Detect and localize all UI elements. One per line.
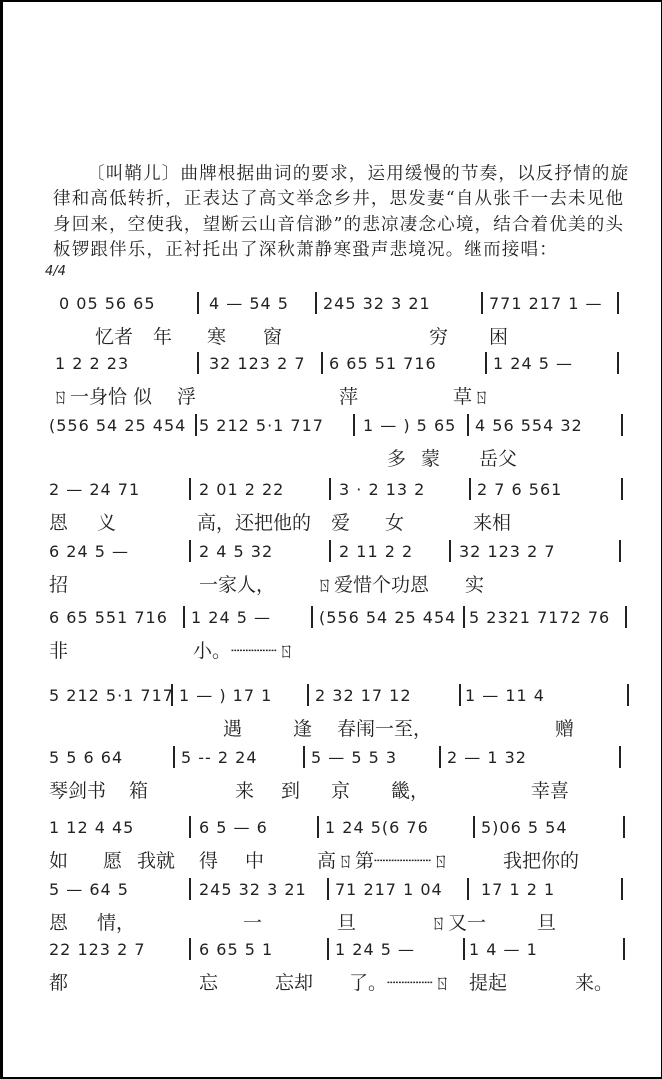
measure-notes: 4 56 554 32	[475, 416, 583, 435]
lyric-text: 来相	[473, 508, 511, 535]
lyric-text: 琴剑书	[49, 776, 106, 803]
bar-line	[197, 352, 199, 374]
measure-notes: 32 123 2 7	[209, 354, 306, 373]
measure-notes: 6 65 551 716	[49, 608, 168, 627]
measure-notes: 2 — 1 32	[447, 748, 527, 767]
measure-notes: 5 — 64 5	[49, 880, 129, 899]
bar-line	[189, 478, 191, 500]
measure-notes: 1 2 2 23	[55, 354, 129, 373]
lyric-text: 高，还把他的	[197, 508, 311, 535]
lyric-text: 我把你的	[503, 846, 579, 873]
lyric-text: 寒	[207, 322, 226, 349]
lyric-text: 似	[133, 382, 152, 409]
lyric-text: 赠	[555, 714, 574, 741]
bar-line	[327, 938, 329, 960]
bar-line	[621, 478, 623, 500]
bar-line	[439, 746, 441, 768]
bar-line	[473, 816, 475, 838]
bar-line	[317, 816, 319, 838]
bar-line	[625, 606, 627, 628]
lyric-text: 箱	[129, 776, 148, 803]
measure-notes: 5)06 5 54	[481, 818, 568, 837]
measure-notes: 5 5 6 64	[49, 748, 123, 767]
bar-line	[327, 878, 329, 900]
measure-notes: 1 24 5 —	[493, 354, 573, 373]
bar-line	[353, 414, 355, 436]
measure-notes: 5 -- 2 24	[181, 748, 258, 767]
lyric-text: 窗	[263, 322, 282, 349]
lyric-text: 如	[49, 846, 68, 873]
bar-line	[619, 540, 621, 562]
measure-notes: 6 24 5 —	[49, 542, 129, 561]
measure-notes: 22 123 2 7	[49, 940, 146, 959]
measure-notes: (556 54 25 454	[49, 416, 186, 435]
bar-line	[627, 684, 629, 706]
bar-line	[311, 606, 313, 628]
bar-line	[173, 746, 175, 768]
lyric-text: 一家人，	[199, 570, 275, 597]
bar-line	[449, 540, 451, 562]
lyric-text: 畿，	[391, 776, 429, 803]
lyric-text: 一	[243, 908, 262, 935]
measure-notes: 5 — 5 5 3	[311, 748, 397, 767]
measure-notes: 1 12 4 45	[49, 818, 134, 837]
bar-line	[459, 684, 461, 706]
lyric-text: 提起	[469, 968, 507, 995]
lyric-text: 到	[281, 776, 300, 803]
lyric-text: 忆者	[95, 322, 133, 349]
measure-notes: 17 1 2 1	[481, 880, 555, 899]
lyric-text: 忘却	[275, 968, 313, 995]
bar-line	[321, 352, 323, 374]
bar-line	[463, 938, 465, 960]
measure-notes: 2 11 2 2	[339, 542, 413, 561]
measure-notes: 1 4 — 1	[469, 940, 538, 959]
bar-line	[189, 878, 191, 900]
lyric-text: 多	[387, 444, 406, 471]
lyric-text: 遇	[223, 714, 242, 741]
measure-notes: 6 65 51 716	[329, 354, 437, 373]
lyric-text: 义	[97, 508, 116, 535]
lyric-text: 得	[199, 846, 218, 873]
lyric-text: 中	[245, 846, 264, 873]
measure-notes: 5 212 5·1 717	[49, 686, 174, 705]
lyric-text: 浮	[177, 382, 196, 409]
measure-notes: 0 05 56 65	[59, 294, 156, 313]
measure-notes: 6 5 — 6	[199, 818, 268, 837]
lyric-text: 女	[385, 508, 404, 535]
measure-notes: 6 65 5 1	[199, 940, 273, 959]
lyric-text: 爱	[331, 508, 350, 535]
measure-notes: 1 24 5 —	[335, 940, 415, 959]
bar-line	[621, 414, 623, 436]
bar-line	[329, 478, 331, 500]
bar-line	[463, 606, 465, 628]
lyric-text: 草ㄖ	[453, 382, 491, 409]
measure-notes: 2 01 2 22	[199, 480, 284, 499]
lyric-text: ㄖ又一	[429, 908, 486, 935]
bar-line	[467, 414, 469, 436]
bar-line	[467, 878, 469, 900]
measure-notes: 5 2321 7172 76	[469, 608, 610, 627]
measure-notes: 1 — 11 4	[465, 686, 545, 705]
measure-notes: 1 — ) 17 1	[179, 686, 272, 705]
lyric-text: 旦	[337, 908, 356, 935]
time-signature: 4/4	[45, 264, 66, 279]
bar-line	[481, 292, 483, 314]
bar-line	[485, 352, 487, 374]
bar-line	[623, 938, 625, 960]
lyric-text: 忘	[199, 968, 218, 995]
lyric-text: 萍	[339, 382, 358, 409]
lyric-text: 招	[49, 570, 68, 597]
measure-notes: (556 54 25 454	[319, 608, 456, 627]
lyric-text: 幸喜	[531, 776, 569, 803]
lyric-text: 了。┈┈┈┈ㄖ	[349, 968, 452, 995]
bar-line	[617, 352, 619, 374]
bar-line	[171, 684, 173, 706]
measure-notes: 1 24 5(6 76	[325, 818, 429, 837]
measure-notes: 1 — ) 5 65	[363, 416, 456, 435]
bar-line	[303, 746, 305, 768]
bar-line	[197, 292, 199, 314]
lyric-text: ㄖ一身恰	[51, 382, 127, 409]
bar-line	[195, 414, 197, 436]
measure-notes: 2 7 6 561	[477, 480, 562, 499]
measure-notes: 245 32 3 21	[199, 880, 307, 899]
bar-line	[315, 292, 317, 314]
measure-notes: 5 212 5·1 717	[199, 416, 324, 435]
lyric-text: 旦	[537, 908, 556, 935]
lyric-text: 都	[49, 968, 68, 995]
lyric-text: 非	[49, 636, 68, 663]
lyric-text: 情，	[97, 908, 135, 935]
bar-line	[183, 606, 185, 628]
lyric-text: 我就	[137, 846, 175, 873]
bar-line	[619, 746, 621, 768]
lyric-text: 年	[153, 322, 172, 349]
lyric-text: 蒙	[421, 444, 440, 471]
bar-line	[623, 816, 625, 838]
measure-notes: 771 217 1 —	[489, 294, 603, 313]
scanned-score-page: 〔叫鞘儿〕曲牌根据曲词的要求，运用缓慢的节奏，以反抒情的旋律和高低转折，正表达了…	[0, 0, 662, 1079]
measure-notes: 245 32 3 21	[323, 294, 431, 313]
measure-notes: 2 — 24 71	[49, 480, 140, 499]
lyric-text: ㄖ爱惜个功恩	[315, 570, 429, 597]
lyric-text: 高ㄖ第┈┈┈┈┈ㄖ	[317, 846, 450, 873]
lyric-text: 实	[465, 570, 484, 597]
bar-line	[621, 878, 623, 900]
lyric-text: 春闱一至，	[337, 714, 432, 741]
lyric-text: 困	[489, 322, 508, 349]
lyric-text: 京	[331, 776, 350, 803]
measure-notes: 3 · 2 13 2	[339, 480, 425, 499]
measure-notes: 71 217 1 04	[335, 880, 443, 899]
bar-line	[329, 540, 331, 562]
lyric-text: 穷	[429, 322, 448, 349]
lyric-text: 愿	[103, 846, 122, 873]
lyric-text: 恩	[49, 908, 68, 935]
lyric-text: 来	[235, 776, 254, 803]
bar-line	[307, 684, 309, 706]
lyric-text: 逢	[293, 714, 312, 741]
bar-line	[189, 540, 191, 562]
lyric-text: 来。	[575, 968, 613, 995]
bar-line	[189, 938, 191, 960]
lyric-text: 岳父	[479, 444, 517, 471]
lyric-text: 恩	[49, 508, 68, 535]
intro-paragraph: 〔叫鞘儿〕曲牌根据曲词的要求，运用缓慢的节奏，以反抒情的旋律和高低转折，正表达了…	[53, 162, 638, 264]
lyric-text: 小。┈┈┈┈ㄖ	[193, 636, 296, 663]
measure-notes: 4 — 54 5	[209, 294, 289, 313]
measure-notes: 2 32 17 12	[315, 686, 412, 705]
bar-line	[189, 816, 191, 838]
measure-notes: 2 4 5 32	[199, 542, 273, 561]
measure-notes: 1 24 5 —	[191, 608, 271, 627]
bar-line	[617, 292, 619, 314]
bar-line	[469, 478, 471, 500]
measure-notes: 32 123 2 7	[459, 542, 556, 561]
